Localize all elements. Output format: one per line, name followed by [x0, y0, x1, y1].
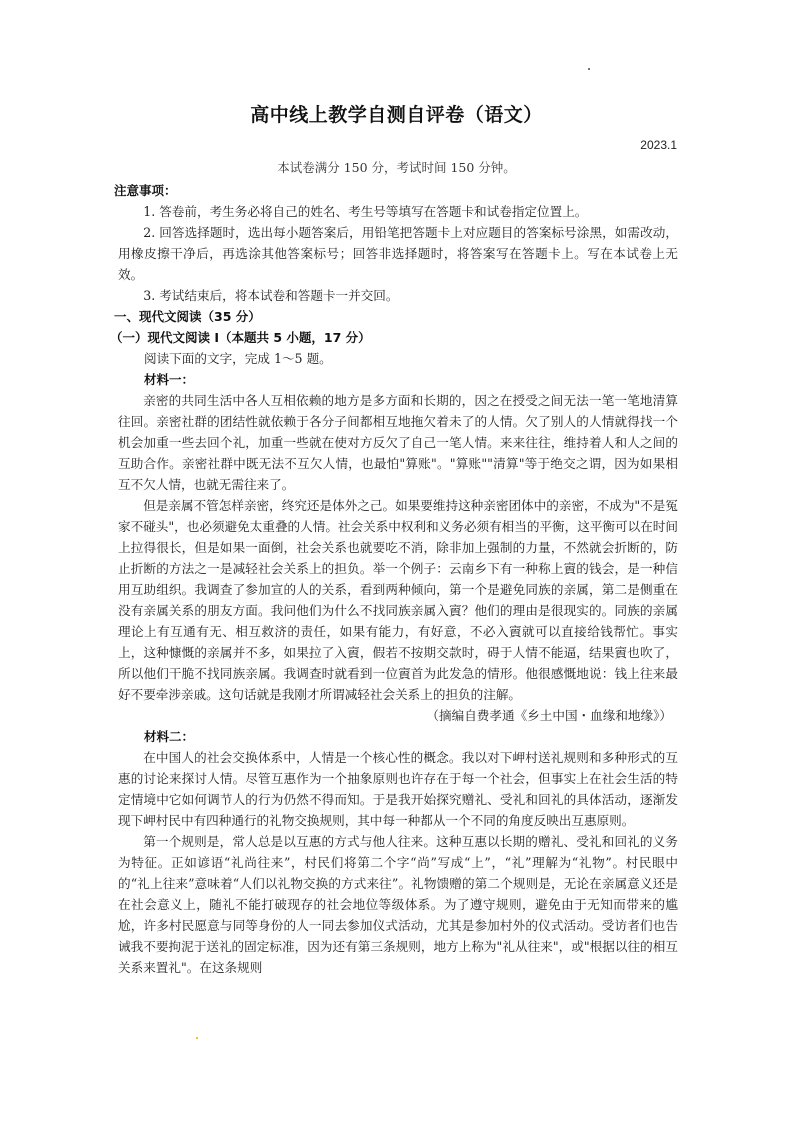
exam-content: 注意事项： 1. 答卷前，考生务必将自己的姓名、考生号等填写在答题卡和试卷指定位…: [118, 180, 678, 978]
subsection-heading: （一）现代文阅读 I（本题共 5 小题，17 分）: [110, 327, 678, 348]
section-heading: 一、现代文阅读（35 分）: [114, 306, 678, 327]
reading-instruction: 阅读下面的文字，完成 1～5 题。: [118, 348, 678, 369]
exam-page: 高中线上教学自测自评卷（语文） 2023.1 本试卷满分 150 分，考试时间 …: [0, 0, 793, 1122]
material1-paragraph: 但是亲属不管怎样亲密，终究还是体外之己。如果要维持这种亲密团体中的亲密，不成为"…: [118, 495, 678, 705]
page-title: 高中线上教学自测自评卷（语文）: [0, 100, 793, 127]
material1-paragraph: 亲密的共同生活中各人互相依赖的地方是多方面和长期的，因之在授受之间无法一笔一笔地…: [118, 390, 678, 495]
material1-source: （摘编自费孝通《乡土中国・血缘和地缘》）: [118, 705, 678, 726]
notice-item-3: 3. 考试结束后，将本试卷和答题卡一并交回。: [118, 285, 678, 306]
material1-label: 材料一：: [118, 369, 678, 390]
notice-item-1: 1. 答卷前，考生务必将自己的姓名、考生号等填写在答题卡和试卷指定位置上。: [118, 201, 678, 222]
notice-item-2: 2. 回答选择题时，选出每小题答案后，用铅笔把答题卡上对应题目的答案标号涂黑，如…: [118, 222, 678, 285]
scan-speck: [588, 68, 590, 70]
scan-speck: [196, 1037, 198, 1039]
exam-subtitle: 本试卷满分 150 分，考试时间 150 分钟。: [0, 158, 793, 176]
notice-heading: 注意事项：: [114, 180, 678, 201]
material2-paragraph: 第一个规则是，常人总是以互惠的方式与他人往来。这种互惠以长期的赠礼、受礼和回礼的…: [118, 831, 678, 978]
exam-date: 2023.1: [640, 138, 677, 152]
material2-label: 材料二：: [118, 726, 678, 747]
material2-paragraph: 在中国人的社会交换体系中，人情是一个核心性的概念。我以对下岬村送礼规则和多种形式…: [118, 747, 678, 831]
